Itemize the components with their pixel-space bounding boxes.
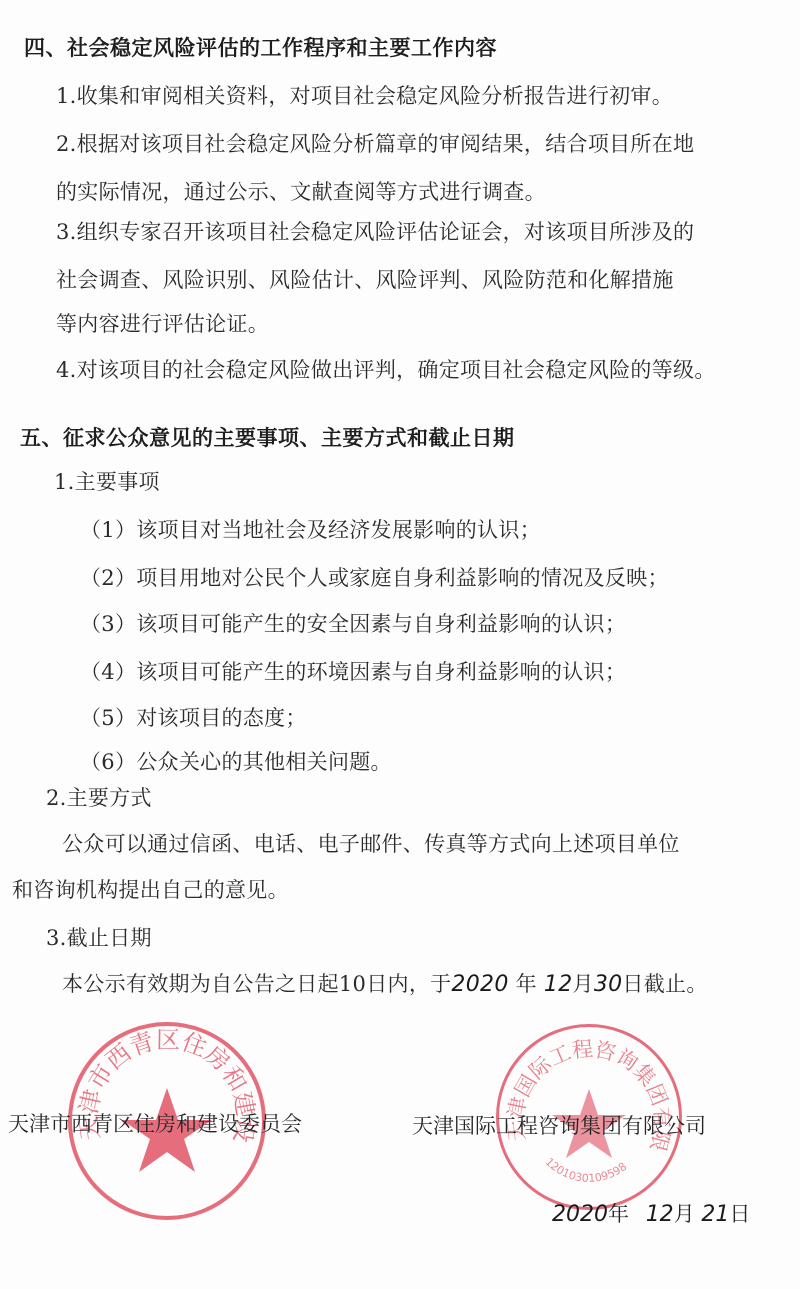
- section-4-item-2-line-1: 2.根据对该项目社会稳定风险分析篇章的审阅结果，结合项目所在地: [56, 130, 694, 158]
- section-5-sub-1-item-4: （4）该项目可能产生的环境因素与自身利益影响的认识；: [80, 658, 626, 686]
- signature-date-month: 12: [646, 1202, 674, 1227]
- deadline-year-unit: 年: [509, 972, 544, 996]
- deadline-prefix: 本公示有效期为自公告之日起10日内，于: [62, 972, 451, 996]
- section-4-item-3-line-1: 3.组织专家召开该项目社会稳定风险评估论证会，对该项目所涉及的: [56, 218, 694, 246]
- signature-date-day: 21: [701, 1202, 729, 1227]
- section-4-item-3-line-3: 等内容进行评估论证。: [56, 310, 269, 338]
- signature-date-day-unit: 日: [729, 1202, 750, 1226]
- signature-date-month-unit: 月: [674, 1202, 695, 1226]
- section-5-sub-1-item-6: （6）公众关心的其他相关问题。: [80, 748, 392, 776]
- deadline-year-handwritten: 2020: [451, 972, 508, 997]
- right-signer-name: 天津国际工程咨询集团有限公司: [412, 1112, 706, 1140]
- right-seal-number: 1201030109598: [543, 1155, 630, 1185]
- svg-text:1201030109598: 1201030109598: [543, 1155, 630, 1185]
- deadline-month-handwritten: 12: [544, 972, 573, 997]
- signature-date-year-unit: 年: [608, 1202, 629, 1226]
- section-5-sub-1-title: 1.主要事项: [54, 468, 160, 496]
- section-4-item-3-line-2: 社会调查、风险识别、风险估计、风险评判、风险防范和化解措施: [56, 266, 674, 294]
- section-5-sub-2-title: 2.主要方式: [46, 784, 152, 812]
- section-4-item-1: 1.收集和审阅相关资料，对项目社会稳定风险分析报告进行初审。: [56, 82, 673, 110]
- deadline-day-handwritten: 30: [594, 972, 623, 997]
- signature-date-year: 2020: [552, 1202, 608, 1227]
- deadline-month-unit: 月: [573, 972, 594, 996]
- section-5-sub-1-item-1: （1）该项目对当地社会及经济发展影响的认识；: [80, 516, 541, 544]
- section-4-heading: 四、社会稳定风险评估的工作程序和主要工作内容: [24, 34, 497, 62]
- section-5-sub-1-item-2: （2）项目用地对公民个人或家庭自身利益影响的情况及反映；: [80, 564, 669, 592]
- section-5-sub-3-title: 3.截止日期: [46, 924, 152, 952]
- left-signer-name: 天津市西青区住房和建设委员会: [8, 1110, 302, 1138]
- section-5-sub-2-line-1: 公众可以通过信函、电话、电子邮件、传真等方式向上述项目单位: [62, 830, 680, 858]
- section-5-sub-2-line-2: 和咨询机构提出自己的意见。: [12, 876, 289, 904]
- signature-date: 2020年 12月 21日: [552, 1200, 750, 1229]
- section-5-sub-1-item-5: （5）对该项目的态度；: [80, 704, 307, 732]
- deadline-suffix: 日截止。: [622, 972, 707, 996]
- section-4-item-2-line-2: 的实际情况，通过公示、文献查阅等方式进行调查。: [56, 178, 546, 206]
- section-5-sub-1-item-3: （3）该项目可能产生的安全因素与自身利益影响的认识；: [80, 610, 626, 638]
- section-4-item-4: 4.对该项目的社会稳定风险做出评判，确定项目社会稳定风险的等级。: [56, 356, 716, 384]
- section-5-heading: 五、征求公众意见的主要事项、主要方式和截止日期: [20, 424, 515, 452]
- section-5-sub-3-deadline: 本公示有效期为自公告之日起10日内，于2020 年 12月30日截止。: [62, 970, 708, 999]
